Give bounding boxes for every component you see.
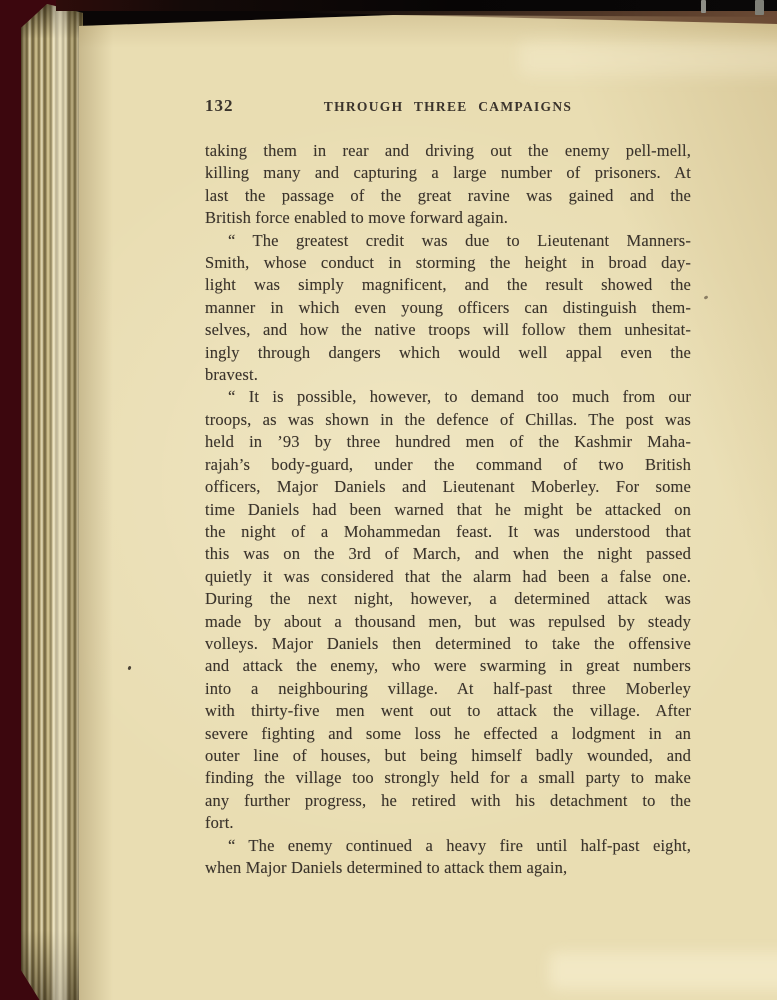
text-line: held in ’93 by three hundred men of the …: [205, 431, 691, 453]
text-line: made by about a thousand men, but was re…: [205, 611, 691, 633]
text-line: British force enabled to move forward ag…: [205, 207, 691, 229]
cover-top-edge: [56, 0, 777, 11]
text-line: officers, Major Daniels and Lieutenant M…: [205, 476, 691, 498]
text-line: the night of a Mohammedan feast. It was …: [205, 521, 691, 543]
scan-light-band: [519, 42, 777, 76]
text-line: bravest.: [205, 364, 691, 386]
text-line: with thirty-five men went out to attack …: [205, 700, 691, 722]
text-line: fort.: [205, 812, 691, 834]
text-line: “ It is possible, however, to demand too…: [205, 386, 691, 408]
text-line: into a neighbouring village. At half-pas…: [205, 678, 691, 700]
text-line: any further progress, he retired with hi…: [205, 790, 691, 812]
text-line: time Daniels had been warned that he mig…: [205, 499, 691, 521]
text-line: severe fighting and some loss he effecte…: [205, 723, 691, 745]
book-photo-scene: 132 THROUGH THREE CAMPAIGNS taking them …: [0, 0, 777, 1000]
text-line: Smith, whose conduct in storming the hei…: [205, 252, 691, 274]
text-line: finding the village too strongly held fo…: [205, 767, 691, 789]
text-line: quietly it was considered that the alarm…: [205, 566, 691, 588]
paragraph: “ The greatest credit was due to Lieuten…: [205, 230, 691, 387]
binding-clip: [755, 0, 764, 15]
text-line: manner in which even young officers can …: [205, 297, 691, 319]
body-text: taking them in rear and driving out the …: [205, 140, 691, 879]
binding-clip: [701, 0, 706, 13]
paragraph: “ The enemy continued a heavy fire until…: [205, 835, 691, 880]
book-page-edges: [21, 4, 83, 1000]
text-line: “ The enemy continued a heavy fire until…: [205, 835, 691, 857]
running-header: THROUGH THREE CAMPAIGNS: [205, 97, 691, 117]
text-line: last the passage of the great ravine was…: [205, 185, 691, 207]
text-line: this was on the 3rd of March, and when t…: [205, 543, 691, 565]
text-line: killing many and capturing a large numbe…: [205, 162, 691, 184]
scan-light-band: [549, 952, 777, 990]
text-line: selves, and how the native troops will f…: [205, 319, 691, 341]
paragraph: “ It is possible, however, to demand too…: [205, 386, 691, 834]
text-line: light was simply magnificent, and the re…: [205, 274, 691, 296]
text-line: troops, as was shown in the defence of C…: [205, 409, 691, 431]
text-line: rajah’s body-guard, under the command of…: [205, 454, 691, 476]
text-line: ingly through dangers which would well a…: [205, 342, 691, 364]
paragraph: taking them in rear and driving out the …: [205, 140, 691, 230]
text-line: volleys. Major Daniels then determined t…: [205, 633, 691, 655]
text-column: 132 THROUGH THREE CAMPAIGNS taking them …: [205, 96, 691, 879]
text-line: “ The greatest credit was due to Lieuten…: [205, 230, 691, 252]
text-line: taking them in rear and driving out the …: [205, 140, 691, 162]
text-line: and attack the enemy, who were swarming …: [205, 655, 691, 677]
text-line: when Major Daniels determined to attack …: [205, 857, 691, 879]
text-line: During the next night, however, a determ…: [205, 588, 691, 610]
page-header: 132 THROUGH THREE CAMPAIGNS: [205, 96, 691, 116]
text-line: outer line of houses, but being himself …: [205, 745, 691, 767]
